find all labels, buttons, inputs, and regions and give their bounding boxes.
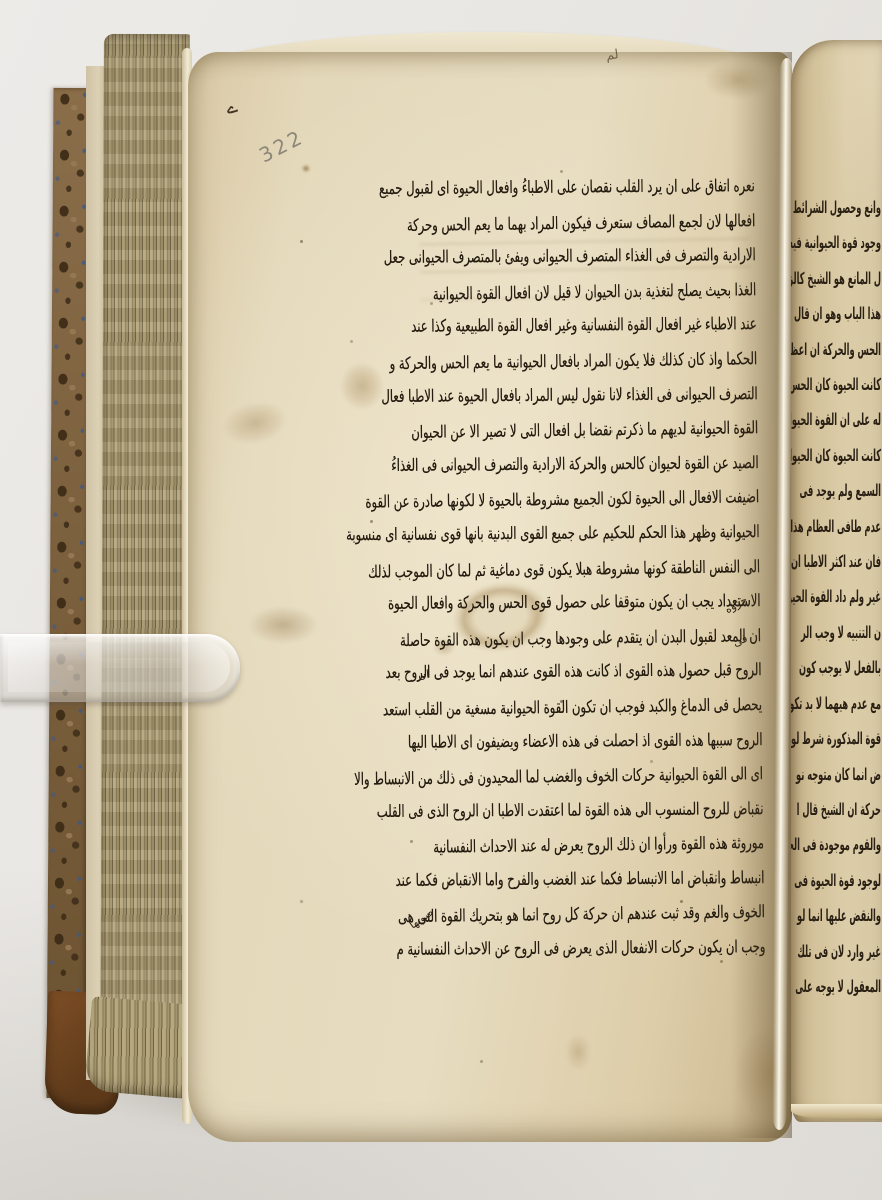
manuscript-text-line: الارادية والتصرف فى الغذاء المتصرف الحيو… [478, 238, 756, 275]
manuscript-text-line: يحصل فى الدماغ والكبد فوجب ان تكون القوة… [484, 688, 762, 726]
facing-text-line: قوة المذكورة شرط لو [837, 721, 881, 756]
manuscript-text-line: الحكما واذ كان كذلك فلا يكون المراد بافع… [479, 342, 757, 380]
manuscript-text-line: الروح قبل حصول هذه القوى اذ كانت هذه الق… [484, 653, 762, 690]
facing-text-line: غير ولم داد القوة الحيوا [837, 579, 881, 614]
facing-text-line: كانت الحيوة كان الحيوان [837, 438, 881, 473]
manuscript-text-line: افعالها لان لجمع المصاف ستعرف فيكون المر… [477, 204, 755, 242]
manuscript-photo: 322 ے لم نعره اتفاق على ان يرد القلب نقص… [0, 0, 882, 1200]
facing-text-line: مع عدم هيهما لا بد تكون [837, 686, 881, 721]
manuscript-text-line: القوة الحيوانية لديهم ما ذكرتم نقضا بل ا… [480, 411, 758, 449]
manuscript-text-line: الخوف والغم وقد ثبت عندهم ان حركة كل روح… [487, 896, 765, 934]
manuscript-text-line: التصرف الحيوانى فى الغذاء لانا نقول ليس … [480, 377, 758, 414]
facing-text-line: عدم طافى العظام هذا [837, 509, 881, 544]
facing-page: وانع وحصول الشرائط الماوجود قوة الحيواني… [791, 40, 882, 1122]
facing-text-line: والنقض عليها انما لو [837, 898, 881, 933]
manuscript-text-line: موروثة هذه القوة ورأوا ان ذلك الروح يعرض… [486, 826, 764, 864]
manuscript-text-line: اى الى القوة الحيوانية حركات الخوف والغض… [485, 757, 763, 795]
manuscript-text-line: الحيوانية وظهر هذا الحكم للحكيم على جميع… [482, 515, 760, 552]
facing-text-line: والقوم موجودة فى الحد [837, 827, 881, 862]
manuscript-text-line: الغذا بحيث يصلح لتغذية بدن الحيوان لا قي… [478, 273, 756, 311]
facing-text-line: ض انما كان متوجه نو [837, 757, 881, 792]
facing-text-line: حركة ان الشيخ قال ا [837, 792, 881, 827]
facing-text-line: لوجود قوة الحيوة فى [837, 863, 881, 898]
page-stain [248, 606, 318, 644]
facing-text-line: وجود قوة الحيوانية فيه ثم [837, 225, 881, 260]
manuscript-text-line: نعره اتفاق على ان يرد القلب نقصان على ال… [477, 169, 755, 206]
facing-text-line: هذا الباب وهو ان قال [837, 296, 881, 331]
interlinear-note-an: ان [417, 668, 429, 682]
manuscript-text-line: عند الاطباء غير افعال القوة النفسانية وغ… [479, 308, 757, 345]
facing-text-column: وانع وحصول الشرائط الماوجود قوة الحيواني… [793, 190, 881, 1004]
transparent-page-weight [0, 634, 240, 702]
manuscript-text-line: اضيفت الافعال الى الحيوة لكون الجميع مشر… [481, 481, 759, 519]
facing-text-line: له على ان القوة الحيوانية [837, 402, 881, 437]
facing-text-line: الحس والحركة ان اعظم [837, 332, 881, 367]
top-edge-ink-mark: لم [605, 47, 620, 64]
manuscript-text-line: الروح سببها هذه القوى اذ احصلت فى هذه ال… [485, 723, 763, 760]
manuscript-text-line: الى النفس الناطقة كونها مشروطة هبلا يكون… [482, 550, 760, 588]
dust-specks [300, 240, 303, 243]
facing-text-line: السمع ولم يوجد فى [837, 473, 881, 508]
page-stain [560, 1026, 596, 1078]
facing-text-line: المعقول لا يوجه على [837, 969, 881, 1004]
facing-text-line: غير وارد لان فى تلك [837, 934, 881, 969]
manuscript-text-line: الاستعداد يجب ان يكون متوقفا على حصول قو… [483, 584, 761, 621]
textblock-fore-edge [100, 34, 190, 1080]
facing-text-line: وانع وحصول الشرائط الما [837, 190, 881, 225]
manuscript-text-line: ان المعد لقبول البدن ان يتقدم على وجودها… [483, 619, 761, 657]
manuscript-text-line: انبساط وانقباض اما الانبساط فكما عند الغ… [487, 861, 765, 898]
facing-text-line: بالفعل لا يوجب كون [837, 650, 881, 685]
page-stain [300, 163, 312, 174]
manuscript-text-block: نعره اتفاق على ان يرد القلب نقصان على ال… [346, 169, 765, 970]
facing-text-line: ل المانع هو الشيخ كالزوال [837, 261, 881, 296]
manuscript-text-line: نقباض للروح المنسوب الى هذه القوة لما اع… [486, 792, 764, 829]
facing-text-line: ن التنبيه لا وجب الر [837, 615, 881, 650]
facing-text-line: كانت الحيوة كان الحس [837, 367, 881, 402]
facing-text-line: فان عند اكثر الاطبا ان [837, 544, 881, 579]
manuscript-text-line: وجب ان يكون حركات الانفعال الذى يعرض فى … [488, 930, 766, 967]
manuscript-text-line: الصيد عن القوة لحيوان كالحس والحركة الار… [481, 446, 759, 483]
